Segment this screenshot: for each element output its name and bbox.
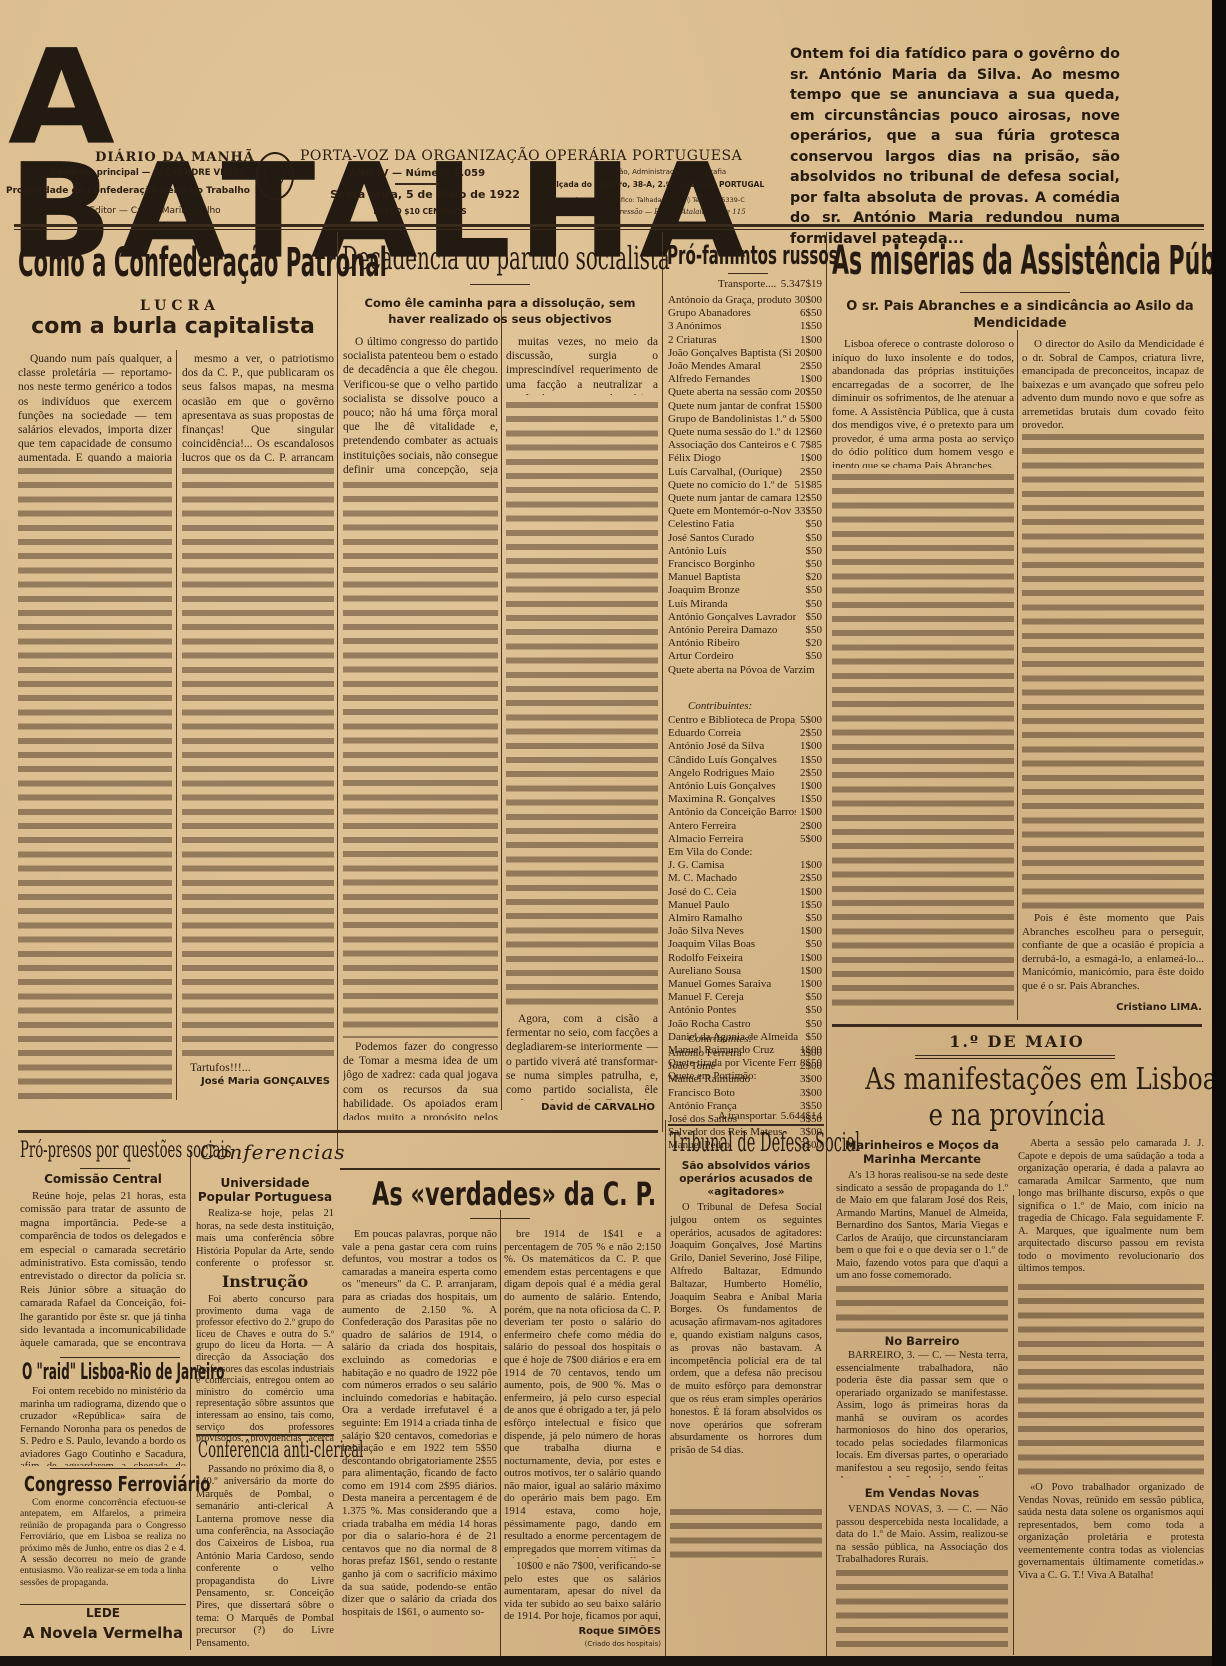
raid-body: Foi ontem recebido no ministério da mari… — [20, 1386, 186, 1466]
subscriber-name: Quete em Montemór-o-Novo — [668, 505, 791, 518]
subscription-row: António Ferreira3$00 — [668, 1047, 822, 1060]
subscriber-name: Luís Miranda — [668, 598, 728, 611]
subscriber-name: José Santos Curado — [668, 532, 754, 545]
subscription-amount: 1$00 — [800, 925, 822, 938]
headline-verdades: As «verdades» da C. P. — [372, 1176, 656, 1212]
headline-raid: O "raid" Lisboa-Rio de Janeiro — [22, 1360, 224, 1386]
subscriber-name: António da Conceição Barros — [668, 806, 796, 819]
masthead-property: Propriedade da Confederação Geral do Tra… — [6, 186, 286, 196]
subscription-amount: 3$00 — [800, 1087, 822, 1100]
headline-confederacao: Como a Confederação Patronal — [18, 240, 387, 286]
tribunal-continued — [670, 1505, 822, 1565]
subscription-row: Em Vila do Conde: — [668, 846, 822, 859]
primeiro-maio-col2: Aberta a sessão pelo camarada J. J. Capo… — [1018, 1138, 1204, 1278]
subscription-row: António Gonçalves Lavrador$50 — [668, 611, 822, 624]
miserias-col2-continued — [1022, 430, 1204, 910]
subscriber-name: Aureliano Sousa — [668, 965, 741, 978]
byline-decadencia: David de CARVALHO — [510, 1102, 655, 1113]
pro-famintos-carry: A transportar:5.644$14 — [668, 1110, 822, 1123]
subscription-row: Rodolfo Feixeira1$00 — [668, 952, 822, 965]
subscriber-name: Quete num jantar de confraternização de … — [668, 400, 791, 413]
subscription-row: João Rocha Castro$50 — [668, 1018, 822, 1031]
subscription-row: António Pereira Damazo$50 — [668, 624, 822, 637]
subscriber-name: Quete aberta na Póvoa de Varzim pelo Cen… — [668, 664, 818, 677]
subscriber-name: Quete num jantar de camaradas espingarde… — [668, 492, 791, 505]
decadencia-col1-continued — [343, 478, 498, 1038]
masthead-address: Calçada do Combro, 38-A, 2.º ◊ Lisboa — … — [520, 180, 790, 189]
subscription-row: J. G. Camisa1$00 — [668, 859, 822, 872]
subscription-amount: 1$00 — [800, 965, 822, 978]
subscription-row: Almiro Ramalho$50 — [668, 912, 822, 925]
subscriber-name: J. G. Camisa — [668, 859, 724, 872]
subscription-amount: 5$00 — [800, 833, 822, 846]
union-seal-icon — [256, 152, 294, 200]
subscription-amount: 1$50 — [800, 754, 822, 767]
byline-verdades: Roque SIMÕES — [504, 1626, 661, 1637]
header-conferencias: Conferencias — [200, 1140, 330, 1164]
subscriber-name: Associação dos Canteiros e Cabouqueiros … — [668, 439, 796, 452]
primeiro-maio-col1-continued — [836, 1282, 1008, 1332]
subscription-amount: 1$00 — [800, 373, 822, 386]
headline-tribunal: Tribunal de Defesa Social — [670, 1128, 860, 1158]
subscriber-name: Almiro Ramalho — [668, 912, 742, 925]
subscriber-name: António Pereira Damazo — [668, 624, 777, 637]
subscription-amount: $50 — [806, 558, 823, 571]
subscriber-name: Maximina R. Gonçalves — [668, 793, 775, 806]
subscription-amount: 20$50 — [795, 386, 823, 399]
subscription-row: 2 Criaturas1$00 — [668, 334, 822, 347]
subscriber-name: José do C. Ceia — [668, 886, 736, 899]
subhead-instrucao: Instrução — [196, 1272, 334, 1291]
subheadline-decadencia: Como êle caminha para a dissolução, sem … — [350, 295, 650, 327]
subscription-amount: 2$50 — [800, 727, 822, 740]
subscription-amount: $50 — [806, 518, 823, 531]
miserias-col1: Lisboa oferece o contraste doloroso o in… — [832, 338, 1014, 468]
masthead-tagline: PORTA-VOZ DA ORGANIZAÇÃO OPERÁRIA PORTUG… — [300, 148, 680, 164]
subscription-row: Quete num jantar de camaradas espingarde… — [668, 492, 822, 505]
masthead-title: A BATALHA — [8, 41, 798, 155]
kicker-lucra: LUCRA — [90, 298, 270, 314]
subscription-row: Manuel Raimundo3$00 — [668, 1073, 822, 1086]
subscription-amount: 1$50 — [800, 793, 822, 806]
subscriber-name: Manuel Gomes Saraiva — [668, 978, 771, 991]
subscriber-name: Luís Carvalhal, (Ourique) — [668, 466, 782, 479]
subscriber-name: Em Vila do Conde: — [668, 846, 752, 859]
subscription-amount: 1$00 — [800, 780, 822, 793]
newspaper-page: A BATALHA DIÁRIO DA MANHÃ Redactor princ… — [0, 0, 1212, 1656]
masthead-printing: Oficinas de impressão — Rua da Atalaia, … — [520, 208, 790, 216]
subscription-amount: 1$00 — [800, 886, 822, 899]
subscriber-name: António Ribeiro — [668, 637, 740, 650]
subscriber-name: Quete numa sessão do 1.º de Maio em Tire… — [668, 426, 791, 439]
subhead-universidade-popular: Universidade Popular Portuguesa — [196, 1176, 334, 1204]
primeiro-maio-col2-end: «O Povo trabalhador organizado de Vendas… — [1018, 1482, 1204, 1612]
subscription-row: João Silva Neves1$00 — [668, 925, 822, 938]
masthead-subtitle: DIÁRIO DA MANHÃ — [60, 150, 290, 165]
confederacao-closing: Tartufos!!!... — [190, 1060, 251, 1075]
subscription-row: Angelo Rodrigues Maio2$50 — [668, 767, 822, 780]
subscription-row: Almacio Ferreira5$00 — [668, 833, 822, 846]
subscription-amount: $50 — [806, 598, 823, 611]
subscriber-name: Cândido Luís Gonçalves — [668, 754, 777, 767]
subscription-row: Quete numa sessão do 1.º de Maio em Tire… — [668, 426, 822, 439]
subscriber-name: Joaquim Vilas Boas — [668, 938, 755, 951]
subscription-amount: 20$00 — [795, 347, 823, 360]
decadencia-col1: O último congresso do partido socialista… — [343, 335, 498, 475]
subscription-row: Luís Miranda$50 — [668, 598, 822, 611]
subscription-row: Aureliano Sousa1$00 — [668, 965, 822, 978]
subscription-amount: $50 — [806, 532, 823, 545]
subscription-amount: $50 — [806, 1004, 823, 1017]
subscriber-name: Eduardo Correia — [668, 727, 741, 740]
subscriber-name: João Gonçalves Baptista (Silves) — [668, 347, 791, 360]
subscriber-name: Manuel F. Cereja — [668, 991, 744, 1004]
subscription-row: Joaquim Vilas Boas$50 — [668, 938, 822, 951]
subscription-row: João Tomé2$00 — [668, 1060, 822, 1073]
subscription-amount: $50 — [806, 1018, 823, 1031]
miserias-col2-end: Pois é êste momento que Pais Abranches e… — [1022, 912, 1204, 1000]
headline-decadencia: Decadencia do partido socialista — [342, 240, 670, 276]
subscription-row: Quete aberta na Póvoa de Varzim pelo Cen… — [668, 664, 822, 677]
subhead-vendas-novas: Em Vendas Novas — [836, 1486, 1008, 1500]
subscription-amount: 2$50 — [800, 767, 822, 780]
headline-anticlerical: Conferência anti-clerical — [198, 1438, 363, 1464]
subscriber-name: António Pontes — [668, 1004, 736, 1017]
subscription-row: Maximina R. Gonçalves1$50 — [668, 793, 822, 806]
primeiro-maio-vendas-continued — [836, 1566, 1008, 1650]
subscription-amount: 1$00 — [800, 859, 822, 872]
contributors-label: Contribuintes: — [688, 700, 752, 712]
decadencia-col2-continued — [506, 398, 658, 1010]
subscription-amount: 1$00 — [800, 978, 822, 991]
subheadline-tribunal: São absolvidos vários operários acusados… — [670, 1160, 822, 1199]
subscription-amount: $50 — [806, 545, 823, 558]
pro-famintos-list-contributors: Centro e Biblioteca de Propaganda Social… — [668, 714, 822, 1084]
subscriber-name: João Tomé — [668, 1060, 716, 1073]
decadencia-col2: muitas vezes, no meio da discussão, surg… — [506, 335, 658, 395]
subscription-amount: 1$50 — [800, 899, 822, 912]
subscriber-name: Manuel Baptista — [668, 571, 740, 584]
masthead-editor-principal: Redactor principal — ALEXANDRE VIEIRA — [18, 168, 278, 178]
masthead-editor: Editor — Carlos Maria Coelho — [30, 206, 280, 216]
lede-label: LEDE — [20, 1606, 186, 1620]
subscription-row: José do C. Ceia1$00 — [668, 886, 822, 899]
subscriber-name: João Rocha Castro — [668, 1018, 750, 1031]
subscription-row: Manuel Baptista$20 — [668, 571, 822, 584]
subscription-amount: 15$00 — [795, 400, 823, 413]
subscriber-name: António Ferreira — [668, 1047, 742, 1060]
headline-primeiro-maio-line1: As manifestações em Lisboa — [865, 1062, 1168, 1098]
subscriber-name: 3 Anónimos — [668, 320, 721, 333]
contributors-label-portimao: Contribuintes: — [688, 1033, 752, 1045]
subscription-amount: 7$85 — [800, 439, 822, 452]
subheadline-miserias: O sr. Pais Abranches e a sindicância ao … — [835, 298, 1205, 332]
masthead-date: Sexta feira, 5 de Maio de 1922 — [325, 188, 525, 201]
lead-box-text: Ontem foi dia fatídico para o govêrno do… — [790, 44, 1120, 249]
subscription-row: António Pontes$50 — [668, 1004, 822, 1017]
byline-confederacao: José Maria GONÇALVES — [190, 1076, 330, 1087]
instrucao-body: Foi aberto concurso para provimento duma… — [196, 1294, 334, 1442]
lede-title: A Novela Vermelha — [20, 1624, 186, 1642]
subscription-amount: $20 — [806, 571, 823, 584]
miserias-col2: O director do Asilo da Mendicidade é o d… — [1022, 338, 1204, 428]
subscription-row: Centro e Biblioteca de Propaganda Social… — [668, 714, 822, 727]
subhead-comissao-central: Comissão Central — [20, 1172, 186, 1186]
subscriber-name: Almacio Ferreira — [668, 833, 743, 846]
subscription-row: Eduardo Correia2$50 — [668, 727, 822, 740]
miserias-col1-continued — [832, 470, 1014, 1010]
byline-verdades-note: (Criado dos hospitais) — [504, 1640, 661, 1648]
subscription-amount: 1$00 — [800, 740, 822, 753]
binding-spine — [1212, 0, 1226, 1666]
subscription-row: Joaquim Bronze$50 — [668, 584, 822, 597]
congresso-body: Com enorme concorrência efectuou-se ante… — [20, 1498, 186, 1602]
subscriber-name: Félix Diogo — [668, 452, 721, 465]
subscription-row: António da Conceição Barros1$00 — [668, 806, 822, 819]
pro-presos-body: Reúne hoje, pelas 21 horas, esta comissã… — [20, 1190, 186, 1350]
subscription-row: Associação dos Canteiros e Cabouqueiros … — [668, 439, 822, 452]
subscription-row: João Mendes Amaral2$50 — [668, 360, 822, 373]
subscriber-name: Rodolfo Feixeira — [668, 952, 743, 965]
subscription-amount: 33$50 — [795, 505, 823, 518]
headline-congresso: Congresso Ferroviário — [24, 1472, 210, 1496]
subscription-amount: $50 — [806, 938, 823, 951]
pro-famintos-transport: Transporte....5.347$19 — [668, 278, 822, 291]
subscription-row: João Gonçalves Baptista (Silves)20$00 — [668, 347, 822, 360]
verdades-col1: Em poucas palavras, porque não vale a pe… — [342, 1228, 497, 1652]
subscription-row: Francisco Boto3$00 — [668, 1087, 822, 1100]
subscriber-name: Grupo de Bandolinistas 1.º de Maio (Tire… — [668, 413, 796, 426]
subscriber-name: António Luís — [668, 545, 726, 558]
subscription-row: Manuel Paulo1$50 — [668, 899, 822, 912]
subscription-amount: 2$50 — [800, 872, 822, 885]
subscription-row: Celestino Fatia$50 — [668, 518, 822, 531]
pro-famintos-list: Antónoio da Graça, produto duma rifa30$0… — [668, 294, 822, 677]
primeiro-maio-barreiro: BARREIRO, 3. — C. — Nesta terra, essenci… — [836, 1350, 1008, 1478]
subscriber-name: Manuel Paulo — [668, 899, 729, 912]
masthead-admin: Redacção, Administração e Tipografia — [540, 168, 780, 176]
subscription-row: Luís Carvalhal, (Ourique)2$50 — [668, 466, 822, 479]
subscription-row: Manuel F. Cereja$50 — [668, 991, 822, 1004]
subscription-amount: 5$00 — [800, 413, 822, 426]
subscriber-name: Quete no comício do 1.º de Maio em Beja — [668, 479, 791, 492]
subscription-amount: 30$00 — [795, 294, 823, 307]
subscriber-name: 2 Criaturas — [668, 334, 717, 347]
subscriber-name: Francisco Borginho — [668, 558, 755, 571]
subscription-amount: 5$00 — [800, 714, 822, 727]
subscriber-name: Quete aberta na sessão comemorativa do 1… — [668, 386, 791, 399]
confederacao-col2: mesmo a ver, o patriotismo dos da C. P.,… — [182, 352, 334, 462]
subscriber-name: João Silva Neves — [668, 925, 744, 938]
subscriber-name: António Gonçalves Lavrador — [668, 611, 796, 624]
subscription-row: 3 Anónimos1$50 — [668, 320, 822, 333]
subscription-row: António Luís Gonçalves1$00 — [668, 780, 822, 793]
subscriber-name: Alfredo Fernandes — [668, 373, 750, 386]
subscriber-name: Grupo Abanadores — [668, 307, 751, 320]
subscription-amount: 12$50 — [795, 492, 823, 505]
subhead-barreiro: No Barreiro — [836, 1334, 1008, 1348]
subscription-row: Quete aberta na sessão comemorativa do 1… — [668, 386, 822, 399]
subscription-amount: 3$00 — [800, 1047, 822, 1060]
anticlerical-body: Passando no próximo dia 8, o 140.º anive… — [196, 1464, 334, 1652]
verdades-col3: 10$00 e não 7$00, verificando-se pelo es… — [504, 1560, 661, 1624]
subscriber-name: Antónoio da Graça, produto duma rifa — [668, 294, 791, 307]
subscription-amount: $50 — [806, 650, 823, 663]
subscription-amount: $50 — [806, 624, 823, 637]
universidade-body: Realiza-se hoje, pelas 21 horas, na sede… — [196, 1208, 334, 1268]
subscription-row: António Ribeiro$20 — [668, 637, 822, 650]
subscription-row: Artur Cordeiro$50 — [668, 650, 822, 663]
subscriber-name: Celestino Fatia — [668, 518, 734, 531]
subscriber-name: António Luís Gonçalves — [668, 780, 776, 793]
kicker-primeiro-maio: 1.º DE MAIO — [832, 1032, 1202, 1051]
headline-pro-famintos: Pró-famintos russos — [667, 240, 838, 272]
subscription-amount: $50 — [806, 991, 823, 1004]
subscription-row: Quete no comício do 1.º de Maio em Beja5… — [668, 479, 822, 492]
subscription-amount: $50 — [806, 584, 823, 597]
subscription-amount: 1$00 — [800, 806, 822, 819]
subscriber-name: M. C. Machado — [668, 872, 737, 885]
subhead-marinheiros: Marinheiros e Moços da Marinha Mercante — [836, 1138, 1008, 1166]
subscription-amount: 6$50 — [800, 307, 822, 320]
masthead-price: PREÇO $10 CENTAVOS — [345, 207, 495, 216]
subscription-amount: 12$60 — [795, 426, 823, 439]
confederacao-col1-continued — [18, 464, 172, 1100]
subscription-row: Félix Diogo1$00 — [668, 452, 822, 465]
confederacao-col2-continued — [182, 464, 334, 1058]
subscription-row: Francisco Borginho$50 — [668, 558, 822, 571]
subscription-row: M. C. Machado2$50 — [668, 872, 822, 885]
subscriber-name: Manuel Raimundo — [668, 1073, 750, 1086]
masthead-telegraph: Endereço telegráfico: Talhada-Lisboa ◊ T… — [520, 196, 790, 204]
primeiro-maio-col2-continued — [1018, 1280, 1204, 1480]
subscription-amount: $20 — [806, 637, 823, 650]
subscription-row: Quete num jantar de confraternização de … — [668, 400, 822, 413]
subscription-amount: 2$50 — [800, 360, 822, 373]
subscriber-name: Antero Ferreira — [668, 820, 736, 833]
primeiro-maio-col1: A's 13 horas realisou-se na sede deste s… — [836, 1170, 1008, 1280]
subscription-amount: 2$00 — [800, 820, 822, 833]
subscription-amount: $50 — [806, 912, 823, 925]
decadencia-col1-end: Podemos fazer do congresso de Tomar a me… — [343, 1040, 498, 1120]
subscription-row: Cândido Luís Gonçalves1$50 — [668, 754, 822, 767]
subscription-row: Grupo de Bandolinistas 1.º de Maio (Tire… — [668, 413, 822, 426]
subscription-row: António José da Silva1$00 — [668, 740, 822, 753]
subscriber-name: Centro e Biblioteca de Propaganda Social — [668, 714, 796, 727]
subscription-row: Manuel Gomes Saraiva1$00 — [668, 978, 822, 991]
masthead-issue: ANO IV — Número 1.059 — [342, 168, 492, 179]
subscription-amount: $50 — [806, 1031, 823, 1044]
headline-primeiro-maio-line2: e na província — [865, 1098, 1168, 1134]
subscription-amount: 2$50 — [800, 466, 822, 479]
subscription-amount: 1$00 — [800, 452, 822, 465]
subscription-row: Quete em Montemór-o-Novo33$50 — [668, 505, 822, 518]
tribunal-body: O Tribunal de Defesa Social julgou ontem… — [670, 1202, 822, 1502]
headline-miserias: As misérias da Assistência Pública — [832, 238, 1212, 284]
subscription-row: Antónoio da Graça, produto duma rifa30$0… — [668, 294, 822, 307]
subscription-amount: $50 — [806, 611, 823, 624]
subscriber-name: Joaquim Bronze — [668, 584, 740, 597]
subscription-amount: 1$50 — [800, 320, 822, 333]
subscription-amount: 51$85 — [795, 479, 823, 492]
primeiro-maio-vendas-novas: VENDAS NOVAS, 3. — C. — Não passou despe… — [836, 1504, 1008, 1564]
subscriber-name: António José da Silva — [668, 740, 764, 753]
subscription-row: Antero Ferreira2$00 — [668, 820, 822, 833]
subscription-row: Grupo Abanadores6$50 — [668, 307, 822, 320]
subscription-amount: 1$00 — [800, 334, 822, 347]
subscriber-name: Francisco Boto — [668, 1087, 735, 1100]
verdades-col2: bre 1914 de 1$41 e a percentagem de 705 … — [504, 1228, 661, 1558]
subscriber-name: Angelo Rodrigues Maio — [668, 767, 774, 780]
subscription-row: José Santos Curado$50 — [668, 532, 822, 545]
subscriber-name: João Mendes Amaral — [668, 360, 761, 373]
subscription-amount: 2$00 — [800, 1060, 822, 1073]
subheadline-confederacao: com a burla capitalista — [18, 314, 328, 339]
subscriber-name: Artur Cordeiro — [668, 650, 734, 663]
subscription-row: Alfredo Fernandes1$00 — [668, 373, 822, 386]
subscription-amount: 1$00 — [800, 952, 822, 965]
subscription-amount: 3$00 — [800, 1073, 822, 1086]
confederacao-col1: Quando num país qualquer, a classe prole… — [18, 352, 172, 462]
subscription-row: António Luís$50 — [668, 545, 822, 558]
byline-miserias: Cristiano LIMA. — [1022, 1002, 1202, 1013]
decadencia-col2-end: Agora, com a cisão a fermentar no seio, … — [506, 1012, 658, 1100]
